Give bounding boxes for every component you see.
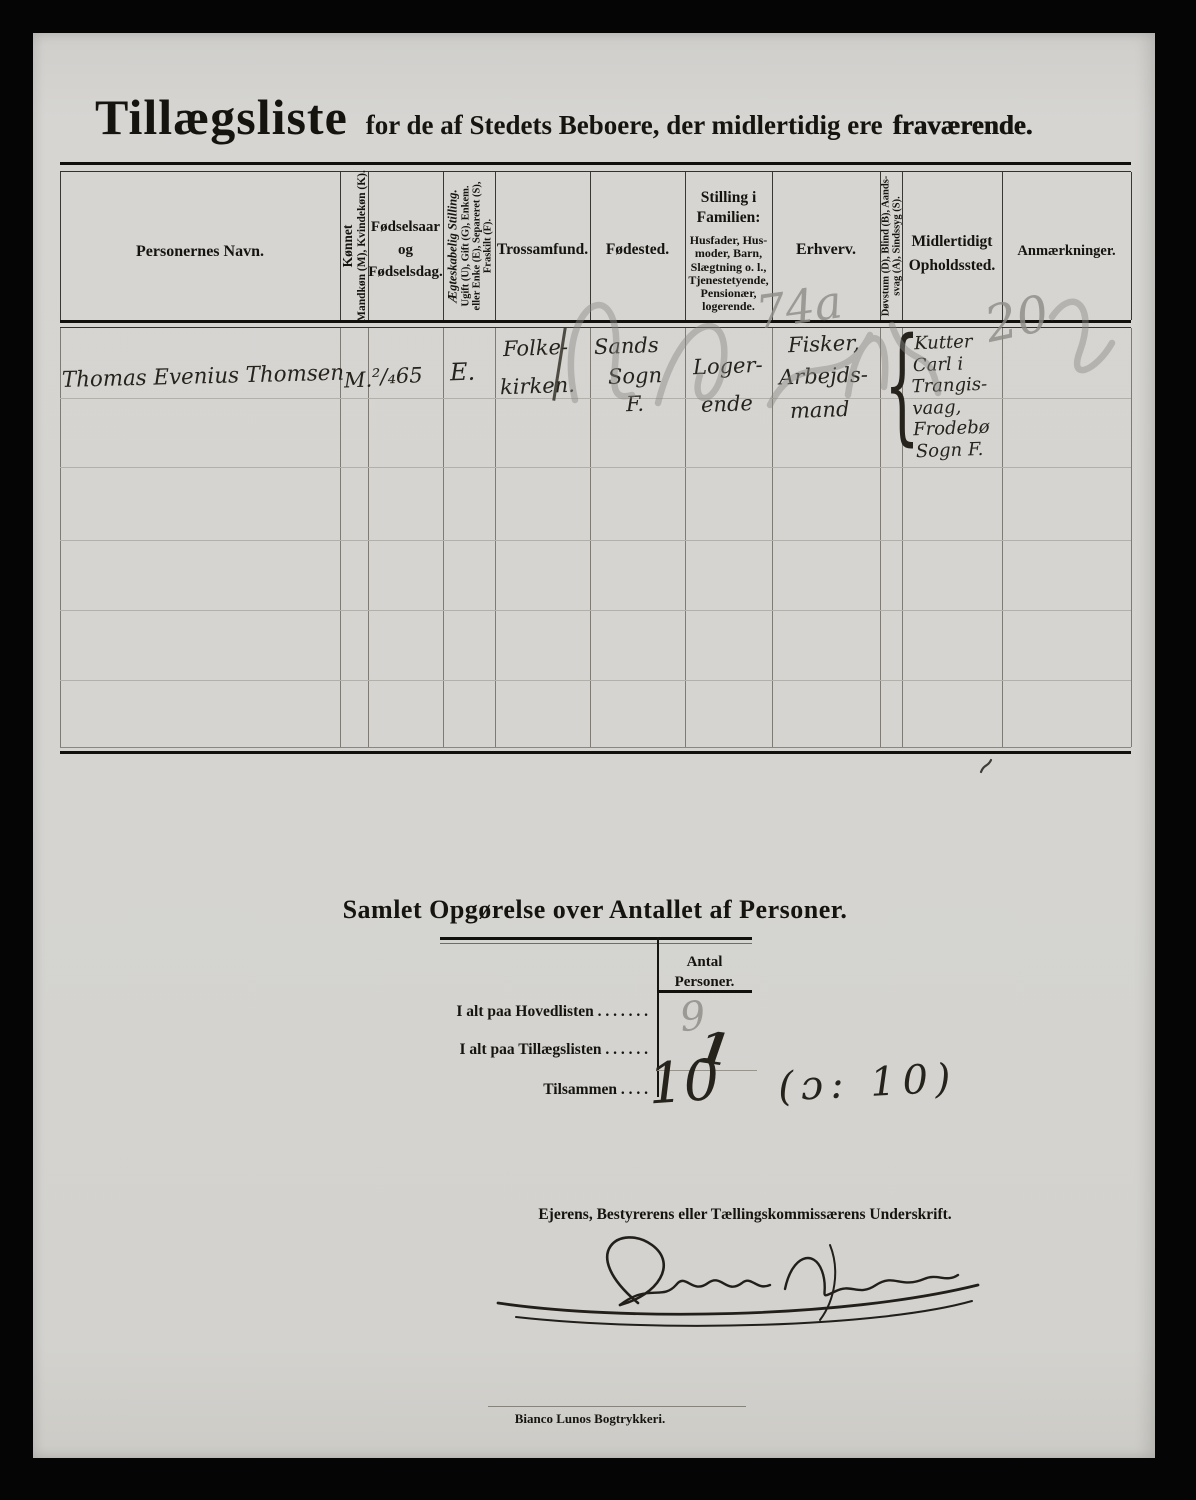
summary-row-label-tillaegslisten: I alt paa Tillægslisten . . . . . . xyxy=(330,1040,648,1060)
col-header-sex: Kønnet Mandkøn (M), Kvindekøn (K). xyxy=(340,172,368,320)
grid-vline xyxy=(60,328,61,747)
summary-row-label-hovedlisten: I alt paa Hovedlisten . . . . . . . xyxy=(330,1002,648,1022)
summary-value-tilsammen: 10 xyxy=(646,1048,722,1118)
signature-label: Ejerens, Bestyrerens eller Tællingskommi… xyxy=(480,1205,1010,1225)
col-header-marital-text: Ægteskabelig Stilling. Ugift (U), Gift (… xyxy=(445,182,493,311)
table-bottom-hairline xyxy=(60,747,1131,748)
summary-col-header-line1: Antal xyxy=(657,952,752,972)
col-header-birth-line2: og xyxy=(368,239,443,262)
col-header-marital-line4: Fraskilt (F). xyxy=(482,182,493,311)
col-header-stay-line1: Midlertidigt xyxy=(902,230,1002,254)
col-header-birth-line1: Fødselsaar xyxy=(368,216,443,239)
col-header-marital: Ægteskabelig Stilling. Ugift (U), Gift (… xyxy=(443,172,495,320)
table-bottom-rule xyxy=(60,751,1131,754)
title-subtitle: for de af Stedets Beboere, der midlertid… xyxy=(366,110,883,141)
row-line xyxy=(60,680,1131,681)
signature-flourish xyxy=(480,1225,1000,1335)
ink-speck xyxy=(978,757,994,775)
document-title: Tillægsliste for de af Stedets Beboere, … xyxy=(95,88,1105,146)
summary-row-label-tilsammen: Tilsammen . . . . xyxy=(330,1080,648,1100)
summary-heading: Samlet Opgørelse over Antallet af Person… xyxy=(300,893,890,927)
summary-colheader-rule xyxy=(657,990,752,993)
entry-sex: M. xyxy=(344,368,373,393)
grid-vline xyxy=(340,328,341,747)
grid-vline xyxy=(443,328,444,747)
col-header-birth: Fødselsaar og Fødselsdag. xyxy=(368,216,443,284)
summary-top-rule xyxy=(440,937,752,940)
col-header-family-line1: Stilling i xyxy=(685,188,772,208)
col-header-sex-text: Kønnet Mandkøn (M), Kvindekøn (K). xyxy=(340,170,368,322)
scanned-census-form: Tillægsliste for de af Stedets Beboere, … xyxy=(0,0,1196,1500)
title-main: Tillægsliste xyxy=(95,88,348,146)
grid-vline xyxy=(1131,328,1132,747)
col-header-sex-line2: Mandkøn (M), Kvindekøn (K). xyxy=(356,170,368,322)
pencil-scribbles xyxy=(540,255,1120,470)
col-header-family-line2: Familien: xyxy=(685,208,772,228)
summary-total-note: (ɔ: 10) xyxy=(777,1055,959,1110)
grid-vline xyxy=(495,328,496,747)
summary-col-header: Antal Personer. xyxy=(657,952,752,993)
col-header-marital-line3: eller Enke (E), Separeret (S), xyxy=(471,182,482,311)
col-header-marital-line1: Ægteskabelig Stilling. xyxy=(445,182,460,311)
table-top-hairline xyxy=(60,171,1131,172)
grid-vline xyxy=(1131,172,1132,320)
imprint-text: Bianco Lunos Bogtrykkeri. xyxy=(430,1411,750,1428)
col-header-sex-line1: Kønnet xyxy=(340,170,356,322)
col-header-birth-line3: Fødselsdag. xyxy=(368,261,443,284)
table-top-rule xyxy=(60,162,1131,165)
entry-birth: ²/₄65 xyxy=(372,363,423,389)
entry-marital: E. xyxy=(450,358,476,387)
imprint-rule xyxy=(488,1406,746,1407)
row-line xyxy=(60,610,1131,611)
summary-top-hairline xyxy=(440,943,752,944)
col-header-name: Personernes Navn. xyxy=(60,242,340,263)
row-line xyxy=(60,540,1131,541)
col-header-marital-line2: Ugift (U), Gift (G), Enkem. xyxy=(460,182,471,311)
title-subtitle-emphasis: fraværende. xyxy=(893,110,1033,141)
